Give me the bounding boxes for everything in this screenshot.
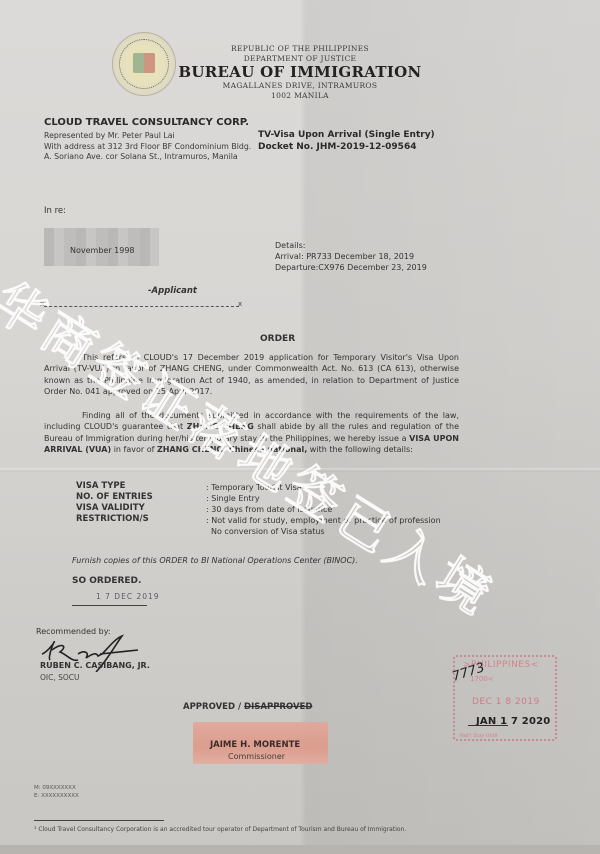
- furnish-instruction: Furnish copies of this ORDER to BI Natio…: [72, 556, 358, 565]
- departure-info: Departure:CX976 December 23, 2019: [275, 262, 427, 273]
- stamp-footer: Nat'l Stay Until: [460, 733, 497, 739]
- restrictions-value-2: No conversion of Visa status: [206, 526, 441, 537]
- contact-info: M: 09XXXXXXX E: XXXXXXXXXX: [34, 784, 79, 800]
- separator-line: [44, 306, 239, 307]
- order-date-stamp: 1 7 DEC 2019: [96, 592, 160, 601]
- footnote-separator: [34, 820, 164, 821]
- company-address-line2: A. Soriano Ave. cor Solana St., Intramur…: [44, 152, 251, 163]
- bottom-edge: [0, 845, 600, 854]
- visa-detail-labels: VISA TYPE NO. OF ENTRIES VISA VALIDITY R…: [76, 481, 153, 525]
- seal-emblem: [133, 53, 155, 73]
- disapproved-label: DISAPPROVED: [244, 702, 312, 712]
- paragraph-1-text: This refers to CLOUD's 17 December 2019 …: [44, 353, 459, 396]
- approved-label: APPROVED /: [183, 702, 244, 712]
- order-paragraph-2: Finding all of the documents submitted i…: [44, 410, 459, 455]
- company-details: Represented by Mr. Peter Paul Lai With a…: [44, 131, 251, 163]
- letterhead-bureau: BUREAU OF IMMIGRATION: [160, 63, 440, 81]
- paper-fold: [0, 468, 600, 472]
- company-address-line1: With address at 312 3rd Floor BF Condomi…: [44, 142, 251, 153]
- applicant-name-nationality: ZHANG CHENG, Chinese national,: [157, 445, 307, 454]
- x-mark-right: x: [238, 300, 242, 308]
- visa-type-value: : Temporary Tourist Visa: [206, 482, 441, 493]
- order-title: ORDER: [260, 334, 295, 344]
- approval-line: APPROVED / DISAPPROVED: [183, 702, 312, 712]
- docket-number: Docket No. JHM-2019-12-09564: [258, 141, 435, 153]
- restrictions-label: RESTRICTION/S: [76, 514, 153, 525]
- validity-label: VISA VALIDITY: [76, 503, 153, 514]
- commissioner-title: Commissioner: [228, 752, 285, 761]
- contact-mobile: M: 09XXXXXXX: [34, 784, 79, 792]
- applicant-name: ZHANG CHENG: [187, 422, 254, 431]
- case-info: TV-Visa Upon Arrival (Single Entry) Dock…: [258, 129, 435, 153]
- paragraph-2-text-c: in favor of: [111, 445, 157, 454]
- recommender-title: OIC, SOCU: [40, 673, 80, 682]
- case-type: TV-Visa Upon Arrival (Single Entry): [258, 129, 435, 141]
- company-name: CLOUD TRAVEL CONSULTANCY CORP.: [44, 117, 249, 128]
- stamp-arrival-date: DEC 1 8 2019: [472, 697, 540, 707]
- contact-email: E: XXXXXXXXXX: [34, 792, 79, 800]
- travel-details: Details: Arrival: PR733 December 18, 201…: [275, 240, 427, 273]
- visa-detail-values: : Temporary Tourist Visa : Single Entry …: [206, 482, 441, 537]
- paragraph-2-text-d: with the following details:: [307, 445, 413, 454]
- letterhead-address: MAGALLANES DRIVE, INTRAMUROS: [160, 81, 440, 90]
- arrival-info: Arrival: PR733 December 18, 2019: [275, 251, 427, 262]
- order-paragraph-1: This refers to CLOUD's 17 December 2019 …: [44, 352, 459, 397]
- letterhead-department: DEPARTMENT OF JUSTICE: [160, 54, 440, 63]
- applicant-dob: November 1998: [70, 246, 135, 255]
- letterhead-city: 1002 MANILA: [160, 91, 440, 100]
- restrictions-value: : Not valid for study, employment or pra…: [206, 515, 441, 526]
- commissioner-name: JAIME H. MORENTE: [210, 740, 300, 750]
- recommender-name: RUBEN C. CASIBANG, JR.: [40, 661, 150, 670]
- entries-value: : Single Entry: [206, 493, 441, 504]
- applicant-label: -Applicant: [148, 286, 197, 296]
- company-representative: Represented by Mr. Peter Paul Lai: [44, 131, 251, 142]
- stamp-strike-line: [468, 725, 508, 726]
- footnote: ¹ Cloud Travel Consultancy Corporation i…: [34, 826, 454, 834]
- in-re-label: In re:: [44, 206, 66, 216]
- so-ordered: SO ORDERED.: [72, 576, 141, 586]
- validity-value: : 30 days from date of issuance: [206, 504, 441, 515]
- signature-line: [72, 605, 147, 606]
- entries-label: NO. OF ENTRIES: [76, 492, 153, 503]
- details-label: Details:: [275, 240, 427, 251]
- visa-type-label: VISA TYPE: [76, 481, 153, 492]
- letterhead-republic: REPUBLIC OF THE PHILIPPINES: [160, 44, 440, 53]
